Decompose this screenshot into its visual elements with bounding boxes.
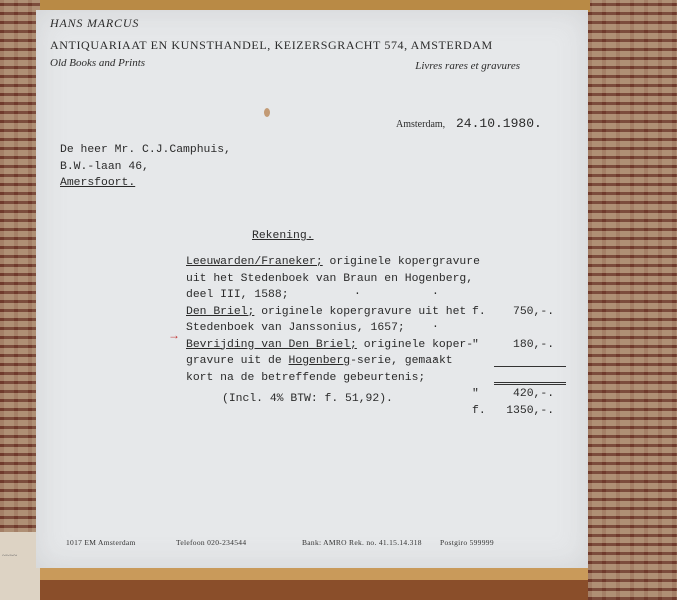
item-2-amount: 180,-. (513, 339, 554, 351)
item-3-name: Bevrijding van Den Briel; (186, 339, 357, 351)
item-3-desc: kort na de betreffende gebeurtenis; (186, 372, 425, 384)
recipient-line-2: B.W.-laan 46, (60, 161, 149, 173)
letterhead-tagline-fr: Livres rares et gravures (415, 60, 520, 72)
letterhead-address: ANTIQUARIAAT EN KUNSTHANDEL, KEIZERSGRAC… (50, 38, 493, 53)
item-2-name: Den Briel; (186, 306, 254, 318)
footer-bank: Bank: AMRO Rek. no. 41.15.14.318 (302, 538, 422, 547)
recipient-address: De heer Mr. C.J.Camphuis, B.W.-laan 46, … (60, 142, 231, 192)
footer-postcode: 1017 EM Amsterdam (66, 538, 136, 547)
leader-dot: . (432, 319, 439, 331)
amounts-column: f. 750,-. " 180,-. " 420,-. f. 1350,-. (472, 254, 554, 419)
date-city: Amsterdam, (396, 119, 445, 130)
item-1-currency: f. (472, 306, 486, 318)
total-currency: f. (472, 405, 486, 417)
item-3-desc: originele koper- (357, 339, 473, 351)
item-1-name: Leeuwarden/Franeker; (186, 256, 323, 268)
item-2-desc: Stedenboek van Janssonius, 1657; (186, 322, 405, 334)
leader-dot: . (432, 352, 439, 364)
item-1-amount: 750,-. (513, 306, 554, 318)
leader-dot: . (432, 286, 439, 298)
left-label-scribble: ~~~~ (2, 552, 17, 560)
leader-dot: . (354, 286, 361, 298)
invoice-title: Rekening. (252, 228, 314, 245)
date-value: 24.10.1980. (456, 116, 542, 133)
item-1-desc: uit het Stedenboek van Braun en Hogenber… (186, 273, 473, 285)
total-amount: 1350,-. (506, 405, 554, 417)
letterhead-tagline-en: Old Books and Prints (50, 57, 145, 69)
item-2-desc: originele kopergravure uit het (254, 306, 466, 318)
item-2-currency: " (472, 339, 479, 351)
item-1-desc: originele kopergravure (323, 256, 480, 268)
item-1-desc: deel III, 1588; (186, 289, 289, 301)
invoice-letter: HANS MARCUS ANTIQUARIAAT EN KUNSTHANDEL,… (36, 10, 588, 568)
letterhead-name: HANS MARCUS (50, 16, 139, 31)
total-double-rule (494, 384, 566, 385)
vat-note: (Incl. 4% BTW: f. 51,92). (222, 391, 393, 408)
recipient-city: Amersfoort. (60, 177, 135, 189)
item-3-amount: 420,-. (513, 388, 554, 400)
item-3-desc: gravure uit de (186, 355, 289, 367)
item-3-desc: Hogenberg (289, 355, 351, 367)
total-double-rule (494, 382, 566, 383)
item-3-currency: " (472, 388, 479, 400)
left-label-tab: ~~~~ (0, 532, 40, 600)
paper-stain (264, 108, 270, 117)
recipient-line-1: De heer Mr. C.J.Camphuis, (60, 144, 231, 156)
footer-postgiro: Postgiro 599999 (440, 538, 494, 547)
bottom-frame-strip (40, 566, 588, 600)
footer-phone: Telefoon 020-234544 (176, 538, 246, 547)
red-arrow-icon: → (168, 328, 180, 343)
subtotal-rule (494, 366, 566, 367)
